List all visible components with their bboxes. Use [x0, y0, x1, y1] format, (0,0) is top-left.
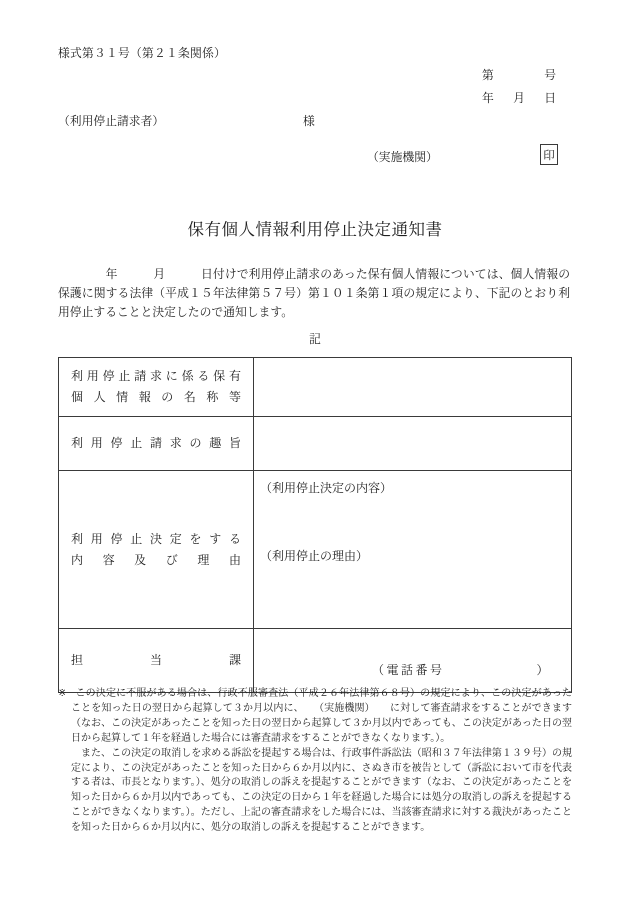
row-value-cell: （電話番号 ）	[254, 629, 572, 693]
row-value-cell-blank	[254, 358, 572, 417]
addressee-honorific: 様	[303, 112, 315, 129]
doc-number-prefix: 第	[482, 66, 494, 83]
document-title: 保有個人情報利用停止決定通知書	[0, 216, 630, 240]
note-text: また、この決定の取消しを求める訴訟を提起する場合は、行政事件訴訟法（昭和３７年法…	[71, 748, 572, 834]
row-value-cell-blank	[254, 417, 572, 471]
table-row-name: 利用停止請求に係る保有 個人情報の名称等	[59, 358, 572, 417]
date-day-label: 日	[544, 89, 556, 106]
table-row-decision: 利用停止決定をする 内容及び理由 （利用停止決定の内容） （利用停止の理由）	[59, 471, 572, 629]
row-label-line: 利用停止請求に係る保有	[71, 366, 241, 387]
notes-section: ※この決定に不服がある場合は、行政不服審査法（平成２６年法律第６８号）の規定によ…	[58, 687, 572, 836]
row-label-line: 担当課	[71, 650, 241, 671]
note-text: この決定に不服がある場合は、行政不服審査法（平成２６年法律第６８号）の規定により…	[71, 688, 572, 744]
date-year-label: 年	[482, 89, 494, 106]
form-number: 様式第３１号（第２１条関係）	[58, 44, 226, 61]
row-label-cell: 利用停止請求に係る保有 個人情報の名称等	[59, 358, 254, 417]
form-table: 利用停止請求に係る保有 個人情報の名称等 利用停止請求の趣旨 利用停止決定をする…	[58, 357, 572, 693]
record-marker: 記	[0, 330, 630, 347]
doc-number-line: 第 号	[482, 66, 556, 83]
body-paragraph: 年 月 日付けで利用停止請求のあった保有個人情報については、個人情報の保護に関す…	[58, 265, 570, 322]
note-paragraph: ※この決定に不服がある場合は、行政不服審査法（平成２６年法律第６８号）の規定によ…	[58, 687, 572, 747]
row-label-line: 内容及び理由	[71, 550, 241, 571]
note-paragraph: また、この決定の取消しを求める訴訟を提起する場合は、行政事件訴訟法（昭和３７年法…	[58, 747, 572, 836]
decision-content-heading: （利用停止決定の内容）	[260, 479, 563, 496]
table-row-department: 担当課 （電話番号 ）	[59, 629, 572, 693]
row-value-cell: （利用停止決定の内容） （利用停止の理由）	[254, 471, 572, 629]
row-label-cell: 利用停止請求の趣旨	[59, 417, 254, 471]
addressee-label: （利用停止請求者）	[58, 114, 164, 128]
phone-number-label: （電話番号	[372, 661, 445, 678]
row-label-line: 利用停止決定をする	[71, 529, 241, 550]
addressee-line: （利用停止請求者） 様	[58, 112, 164, 129]
date-line: 年 月 日	[482, 89, 556, 106]
table-row-purpose: 利用停止請求の趣旨	[59, 417, 572, 471]
row-label-cell: 担当課	[59, 629, 254, 693]
document-page: 様式第３１号（第２１条関係） 第 号 年 月 日 （利用停止請求者） 様 （実施…	[0, 0, 630, 903]
doc-number-suffix: 号	[544, 66, 556, 83]
phone-number-close-paren: ）	[536, 661, 551, 678]
row-label-cell: 利用停止決定をする 内容及び理由	[59, 471, 254, 629]
date-month-label: 月	[513, 89, 525, 106]
seal-mark: 印	[540, 144, 558, 165]
agency-label: （実施機関）	[367, 148, 438, 165]
note-marker: ※	[58, 688, 67, 699]
row-label-line: 個人情報の名称等	[71, 387, 241, 408]
row-label-line: 利用停止請求の趣旨	[71, 433, 241, 454]
decision-reason-heading: （利用停止の理由）	[260, 547, 563, 564]
